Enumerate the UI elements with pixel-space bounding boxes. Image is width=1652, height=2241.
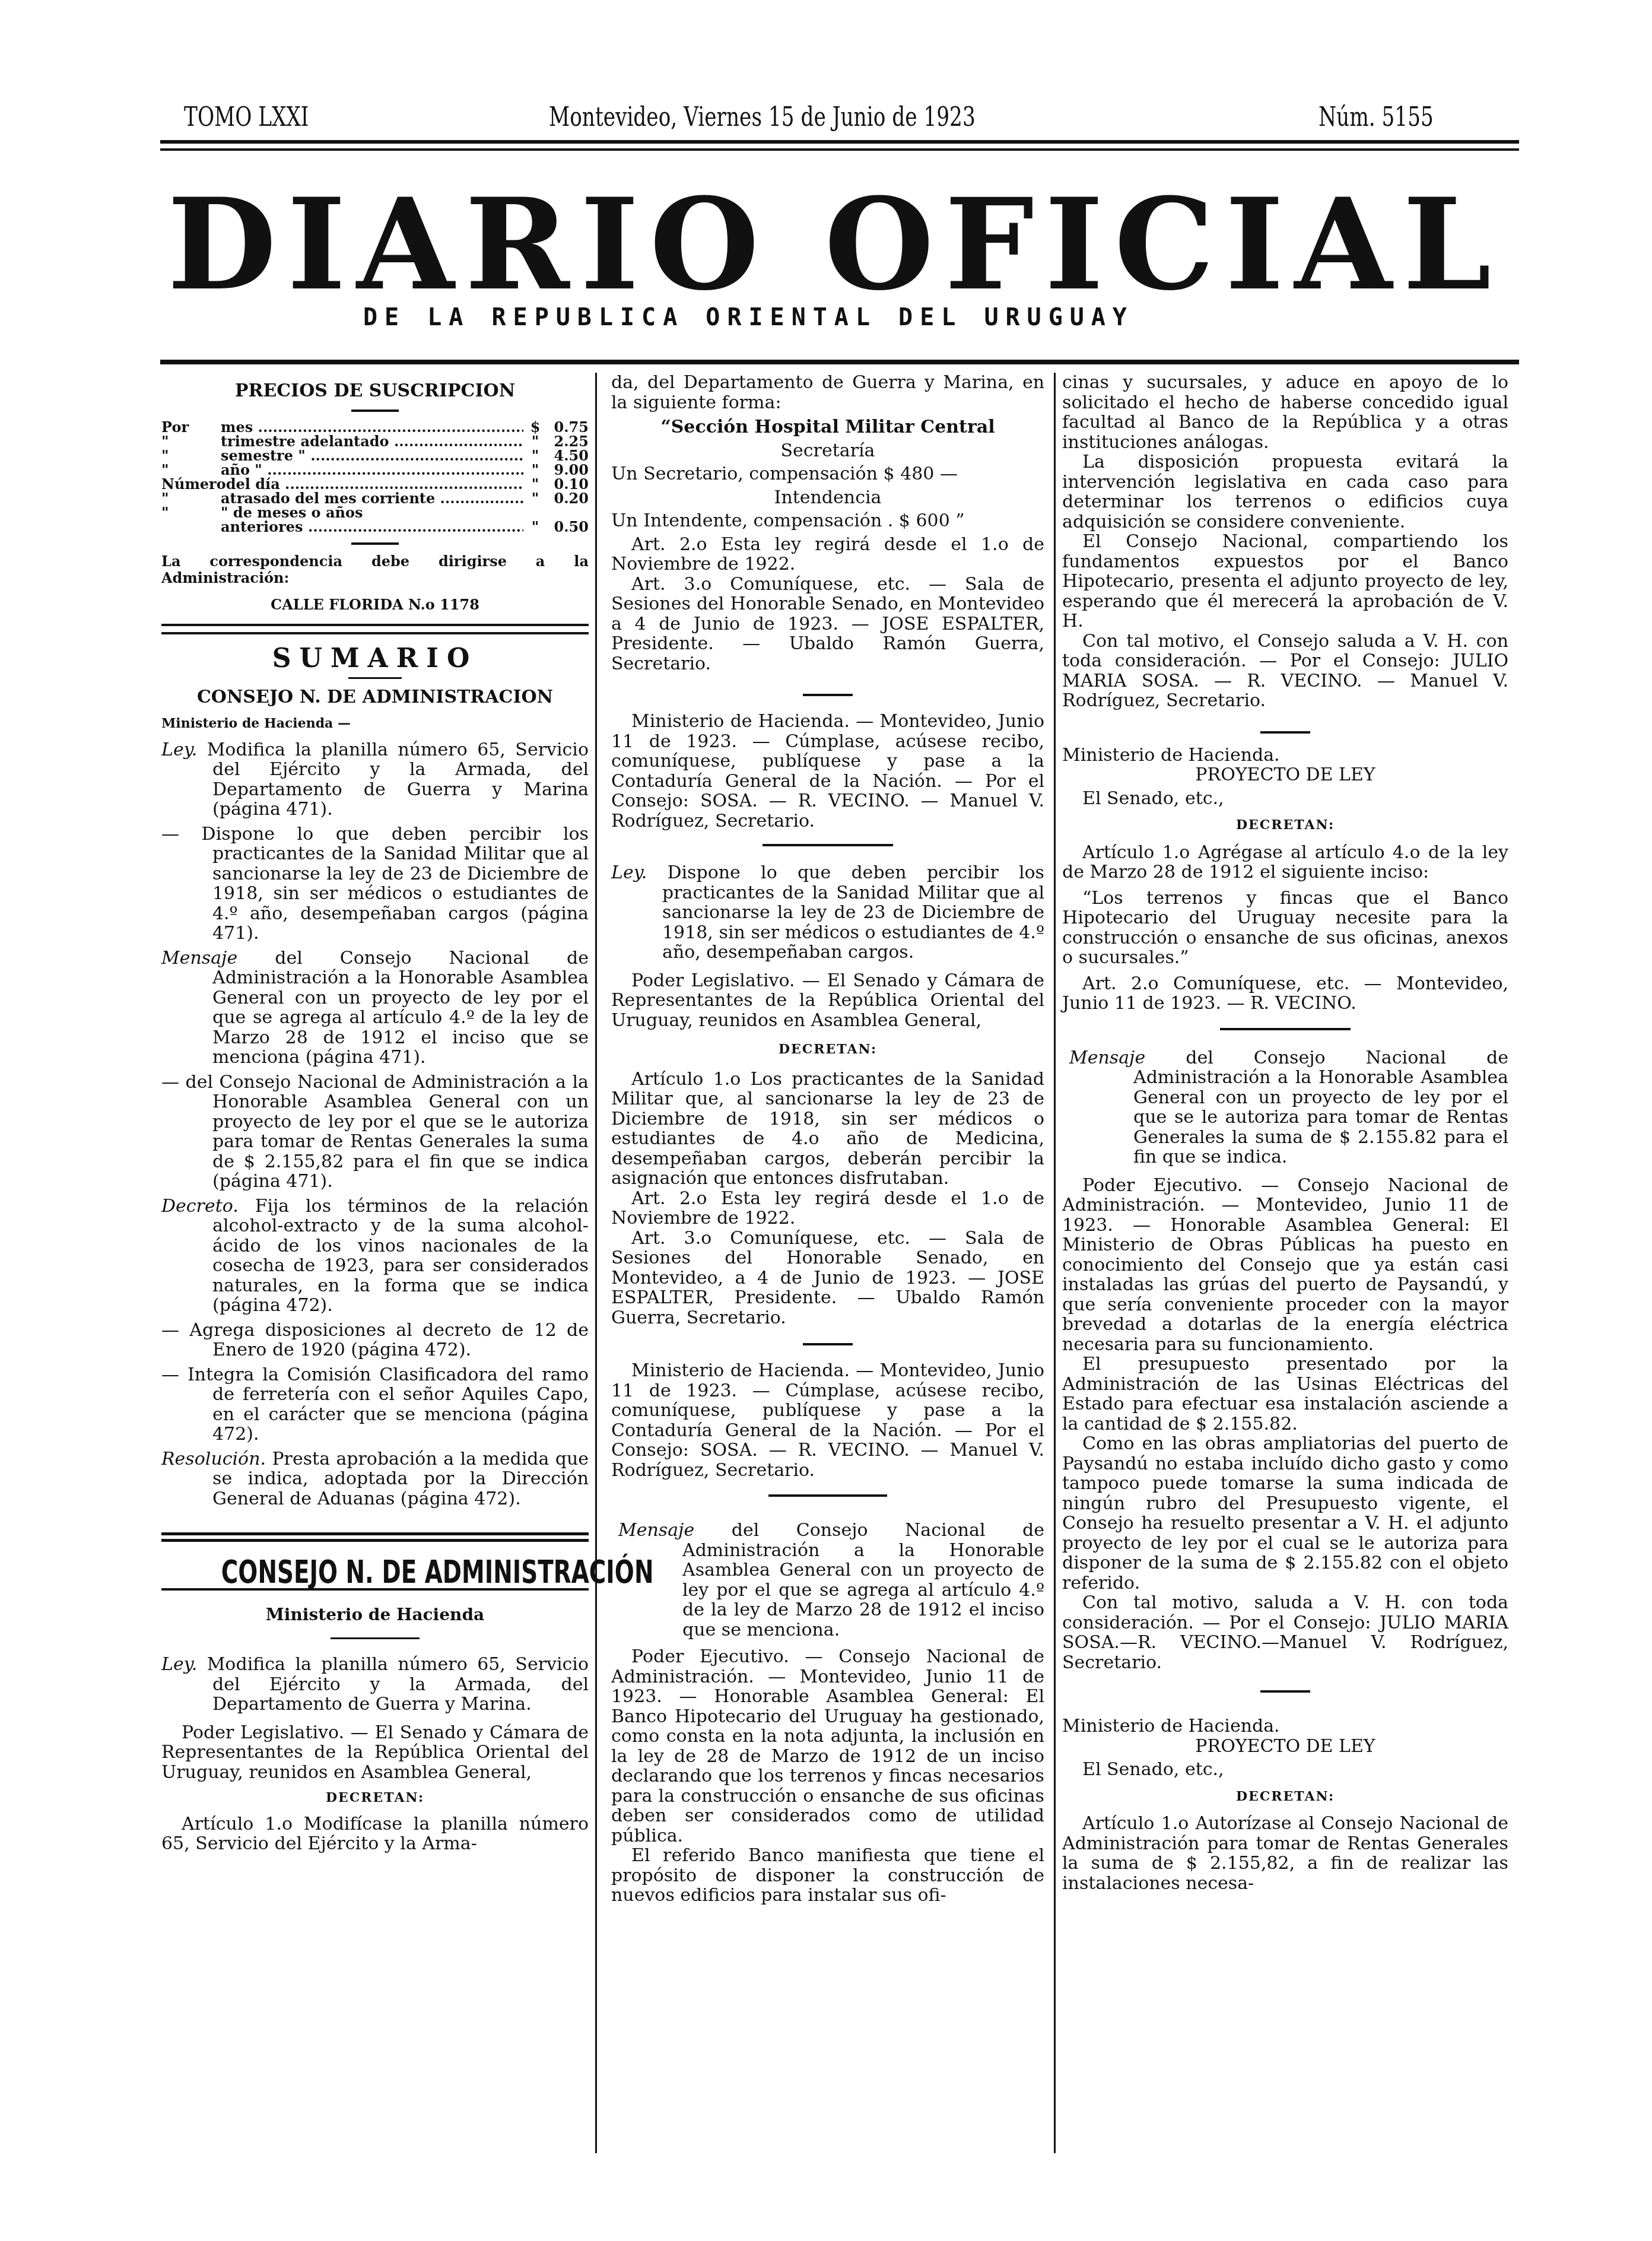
sumario-list: Ley. Modifica la planilla número 65, Ser… [161,740,589,1509]
mensaje-entry: Mensaje del Consejo Nacional de Administ… [611,1521,1044,1640]
ley-entry-2: Ley. Dispone lo que deben percibir los p… [611,863,1044,963]
mensaje-entry: Mensaje del Consejo Nacional de Administ… [1062,1048,1508,1167]
price-row: Pormes$0.75 [161,420,589,434]
section-banner: CONSEJO N. DE ADMINISTRACIÓN [221,1562,529,1582]
article-1: Artículo 1.o Agrégase al artículo 4.o de… [1062,843,1508,883]
price-row: "" de meses o años [161,506,589,520]
newspaper-subtitle: DE LA REPUBLICA ORIENTAL DEL URUGUAY [363,304,1134,331]
article-1b: Artículo 1.o Los practicantes de la Sani… [611,1069,1044,1189]
issue-number: Núm. 5155 [1319,102,1434,132]
sumario-entry: — Agrega disposiciones al decreto de 12 … [161,1321,589,1360]
newspaper-title: DIARIO OFICIAL [167,191,1449,298]
divider [763,844,893,846]
column-divider-1 [595,373,597,2153]
decretan-label: DECRETAN: [1062,815,1508,836]
sumario-entry: Decreto. Fija los términos de la relació… [161,1196,589,1316]
executive-text: Poder Ejecutivo. — Consejo Nacional de A… [611,1647,1044,1846]
divider [161,624,589,626]
subsection-intendencia: Intendencia [611,488,1044,508]
senado-line: El Senado, etc., [1062,789,1508,809]
divider [331,1637,420,1639]
subsection-secretaria: Secretaría [611,441,1044,461]
decree-1: Ministerio de Hacienda. — Montevideo, Ju… [611,712,1044,831]
presupuesto-text: El presupuesto presentado por la Adminis… [1062,1354,1508,1434]
correspondence-note: La correspondencia debe dirigirse a la A… [161,553,589,586]
line-intendente: Un Intendente, compensación . $ 600 ” [611,511,1044,531]
sumario-entry: Mensaje del Consejo Nacional de Administ… [161,948,589,1068]
divider [348,677,402,679]
preamble: Poder Legislativo. — El Senado y Cámara … [161,1723,589,1783]
dateline: Montevideo, Viernes 15 de Junio de 1923 [549,102,976,132]
decretan-label-2: DECRETAN: [611,1040,1044,1060]
paragraph-4: Con tal motivo, el Consejo saluda a V. H… [1062,631,1508,711]
address: CALLE FLORIDA N.o 1178 [161,595,589,615]
article-3b: Art. 3.o Comuníquese, etc. — Sala de Ses… [611,1229,1044,1328]
continued-text: da, del Departamento de Guerra y Marina,… [611,373,1044,412]
price-row: Númerodel día"0.10 [161,477,589,491]
article-2: Art. 2.o Comuníquese, etc. — Montevideo,… [1062,974,1508,1014]
ministry-heading: Ministerio de Hacienda [161,1605,589,1625]
divider [351,410,399,412]
sumario-section: CONSEJO N. DE ADMINISTRACION [161,687,589,707]
article-2: Art. 2.o Esta ley regirá desde el 1.o de… [611,535,1044,574]
decretan-label-2: DECRETAN: [1062,1787,1508,1807]
executive-text: Poder Ejecutivo. — Consejo Nacional de A… [1062,1176,1508,1355]
subscription-heading: PRECIOS DE SUSCRIPCION [161,381,589,401]
price-row: "semestre ""4.50 [161,449,589,463]
sumario-entry: — Integra la Comisión Clasificadora del … [161,1365,589,1445]
sumario-ministry: Ministerio de Hacienda — [161,714,589,734]
article-3: Art. 3.o Comuníquese, etc. — Sala de Ses… [611,574,1044,674]
price-row: "atrasado del mes corriente"0.20 [161,491,589,506]
proyecto-heading: PROYECTO DE LEY [1062,765,1508,785]
left-column: PRECIOS DE SUSCRIPCION Pormes$0.75"trime… [161,373,589,1854]
column-divider-2 [1054,373,1056,2153]
header-rule-bottom [160,148,1519,151]
subscription-price-table: Pormes$0.75"trimestre adelantado"2.25"se… [161,420,589,534]
paragraph-3: El Consejo Nacional, compartiendo los fu… [1062,532,1508,631]
como-text: Como en las obras ampliatorias del puert… [1062,1434,1508,1593]
decretan-label: DECRETAN: [161,1788,589,1808]
preamble-2: Poder Legislativo. — El Senado y Cámara … [611,971,1044,1031]
divider [161,1532,589,1535]
senado-line-2: El Senado, etc., [1062,1760,1508,1780]
article-2b: Art. 2.o Esta ley regirá desde el 1.o de… [611,1189,1044,1229]
article-1: Artículo 1.o Modifícase la planilla núme… [161,1814,589,1854]
divider [1260,731,1310,734]
paragraph-2: La disposición propuesta evitará la inte… [1062,452,1508,532]
right-column: cinas y sucursales, y aduce en apoyo de … [1062,373,1508,1893]
ley-entry: Ley. Modifica la planilla número 65, Ser… [161,1655,589,1715]
sumario-entry: — Dispone lo que deben percibir los prac… [161,824,589,944]
sumario-heading: SUMARIO [161,649,589,669]
divider [803,1343,853,1345]
price-row: anteriores"0.50 [161,520,589,534]
divider [1260,1690,1310,1693]
volume-label: TOMO LXXI [184,102,309,132]
quoted-inciso: “Los terrenos y fincas que el Banco Hipo… [1062,888,1508,968]
divider [768,1494,887,1497]
divider [351,542,399,545]
price-row: "año ""9.00 [161,463,589,477]
sumario-entry: — del Consejo Nacional de Administración… [161,1072,589,1192]
proyecto-heading-2: PROYECTO DE LEY [1062,1737,1508,1757]
sumario-entry: Ley. Modifica la planilla número 65, Ser… [161,740,589,820]
ministry-line-2: Ministerio de Hacienda. [1062,1716,1508,1737]
article-1b: Artículo 1.o Autorízase al Consejo Nacio… [1062,1814,1508,1893]
section-title: “Sección Hospital Militar Central [611,417,1044,437]
line-secretario: Un Secretario, compensación $ 480 — [611,464,1044,484]
divider [161,1539,589,1542]
header-rule-top [160,140,1519,144]
ministry-line: Ministerio de Hacienda. [1062,745,1508,766]
decree-2: Ministerio de Hacienda. — Montevideo, Ju… [611,1361,1044,1480]
divider [161,632,589,634]
saluda-text: Con tal motivo, saluda a V. H. con toda … [1062,1593,1508,1672]
divider [803,694,853,696]
divider [161,1588,589,1591]
sumario-entry: Resolución. Presta aprobación a la medid… [161,1449,589,1509]
continued-text: cinas y sucursales, y aduce en apoyo de … [1062,373,1508,452]
banco-text: El referido Banco manifiesta que tiene e… [611,1846,1044,1906]
middle-column: da, del Departamento de Guerra y Marina,… [611,373,1044,1906]
masthead-rule [160,360,1519,364]
price-row: "trimestre adelantado"2.25 [161,434,589,449]
divider [1220,1028,1351,1030]
